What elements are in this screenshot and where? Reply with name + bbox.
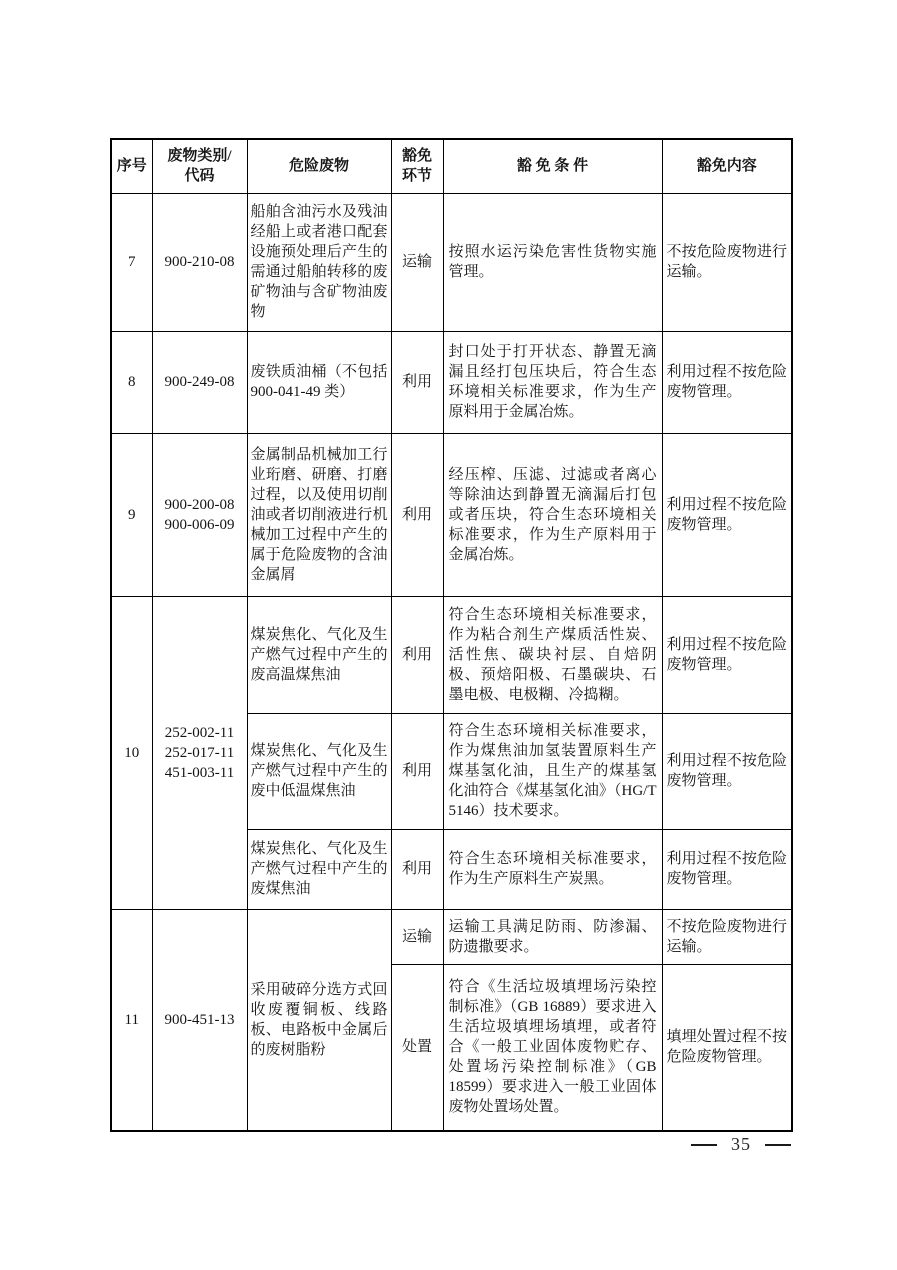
cell-exemption-condition: 符合生态环境相关标准要求，作为粘合剂生产煤质活性炭、活性焦、碳块衬层、自焙阴极、… [443, 596, 662, 713]
cell-serial-number: 7 [111, 193, 152, 331]
cell-waste-code: 252-002-11 252-017-11 451-003-11 [152, 596, 247, 909]
cell-serial-number: 8 [111, 331, 152, 433]
cell-exemption-stage: 利用 [391, 331, 443, 433]
cell-exemption-condition: 符合生态环境相关标准要求，作为煤焦油加氢装置原料生产煤基氢化油，且生产的煤基氢化… [443, 713, 662, 829]
cell-exemption-content: 填埋处置过程不按危险废物管理。 [662, 964, 792, 1131]
cell-exemption-stage: 利用 [391, 713, 443, 829]
page-footer: 35 [691, 1134, 791, 1155]
cell-hazardous-waste: 煤炭焦化、气化及生产燃气过程中产生的废高温煤焦油 [247, 596, 391, 713]
cell-exemption-content: 利用过程不按危险废物管理。 [662, 433, 792, 596]
header-exemption-stage: 豁免 环节 [391, 139, 443, 193]
table-row-8: 8 900-249-08 废铁质油桶（不包括900-041-49 类） 利用 封… [111, 331, 792, 433]
header-exemption-condition: 豁 免 条 件 [443, 139, 662, 193]
cell-exemption-stage: 利用 [391, 433, 443, 596]
cell-hazardous-waste: 煤炭焦化、气化及生产燃气过程中产生的废中低温煤焦油 [247, 713, 391, 829]
table-row-11-sub-1: 11 900-451-13 采用破碎分选方式回收废覆铜板、线路板、电路板中金属后… [111, 909, 792, 964]
cell-exemption-condition: 符合《生活垃圾填埋场污染控制标准》（GB 16889）要求进入生活垃圾填埋场填埋… [443, 964, 662, 1131]
cell-exemption-stage: 运输 [391, 909, 443, 964]
cell-exemption-content: 利用过程不按危险废物管理。 [662, 713, 792, 829]
cell-exemption-content: 不按危险废物进行运输。 [662, 193, 792, 331]
cell-exemption-stage: 利用 [391, 829, 443, 909]
cell-waste-code: 900-200-08 900-006-09 [152, 433, 247, 596]
cell-hazardous-waste: 煤炭焦化、气化及生产燃气过程中产生的废煤焦油 [247, 829, 391, 909]
cell-exemption-content: 不按危险废物进行运输。 [662, 909, 792, 964]
cell-hazardous-waste: 废铁质油桶（不包括900-041-49 类） [247, 331, 391, 433]
table-row-10-sub-1: 10 252-002-11 252-017-11 451-003-11 煤炭焦化… [111, 596, 792, 713]
document-page: 序号 废物类别/ 代码 危险废物 豁免 环节 豁 免 条 件 豁免内容 7 90… [0, 0, 897, 1270]
cell-hazardous-waste: 采用破碎分选方式回收废覆铜板、线路板、电路板中金属后的废树脂粉 [247, 909, 391, 1131]
cell-serial-number: 9 [111, 433, 152, 596]
cell-waste-code: 900-249-08 [152, 331, 247, 433]
page-number: 35 [731, 1134, 751, 1155]
cell-hazardous-waste: 船舶含油污水及残油经船上或者港口配套设施预处理后产生的需通过船舶转移的废矿物油与… [247, 193, 391, 331]
cell-exemption-condition: 符合生态环境相关标准要求，作为生产原料生产炭黑。 [443, 829, 662, 909]
header-waste-category-code: 废物类别/ 代码 [152, 139, 247, 193]
cell-hazardous-waste: 金属制品机械加工行业珩磨、研磨、打磨过程，以及使用切削油或者切削液进行机械加工过… [247, 433, 391, 596]
cell-waste-code: 900-451-13 [152, 909, 247, 1131]
hazardous-waste-exemption-table: 序号 废物类别/ 代码 危险废物 豁免 环节 豁 免 条 件 豁免内容 7 90… [110, 138, 793, 1132]
footer-dash-left [691, 1144, 717, 1146]
cell-exemption-condition: 按照水运污染危害性货物实施管理。 [443, 193, 662, 331]
header-hazardous-waste: 危险废物 [247, 139, 391, 193]
cell-waste-code: 900-210-08 [152, 193, 247, 331]
table-header-row: 序号 废物类别/ 代码 危险废物 豁免 环节 豁 免 条 件 豁免内容 [111, 139, 792, 193]
cell-exemption-stage: 运输 [391, 193, 443, 331]
header-exemption-content: 豁免内容 [662, 139, 792, 193]
cell-serial-number: 10 [111, 596, 152, 909]
cell-serial-number: 11 [111, 909, 152, 1131]
cell-exemption-stage: 利用 [391, 596, 443, 713]
cell-exemption-content: 利用过程不按危险废物管理。 [662, 829, 792, 909]
header-serial-number: 序号 [111, 139, 152, 193]
table-row-9: 9 900-200-08 900-006-09 金属制品机械加工行业珩磨、研磨、… [111, 433, 792, 596]
cell-exemption-content: 利用过程不按危险废物管理。 [662, 596, 792, 713]
cell-exemption-condition: 经压榨、压滤、过滤或者离心等除油达到静置无滴漏后打包或者压块，符合生态环境相关标… [443, 433, 662, 596]
cell-exemption-condition: 封口处于打开状态、静置无滴漏且经打包压块后，符合生态环境相关标准要求，作为生产原… [443, 331, 662, 433]
footer-dash-right [765, 1144, 791, 1146]
table-row-7: 7 900-210-08 船舶含油污水及残油经船上或者港口配套设施预处理后产生的… [111, 193, 792, 331]
cell-exemption-condition: 运输工具满足防雨、防渗漏、防遗撒要求。 [443, 909, 662, 964]
cell-exemption-content: 利用过程不按危险废物管理。 [662, 331, 792, 433]
cell-exemption-stage: 处置 [391, 964, 443, 1131]
